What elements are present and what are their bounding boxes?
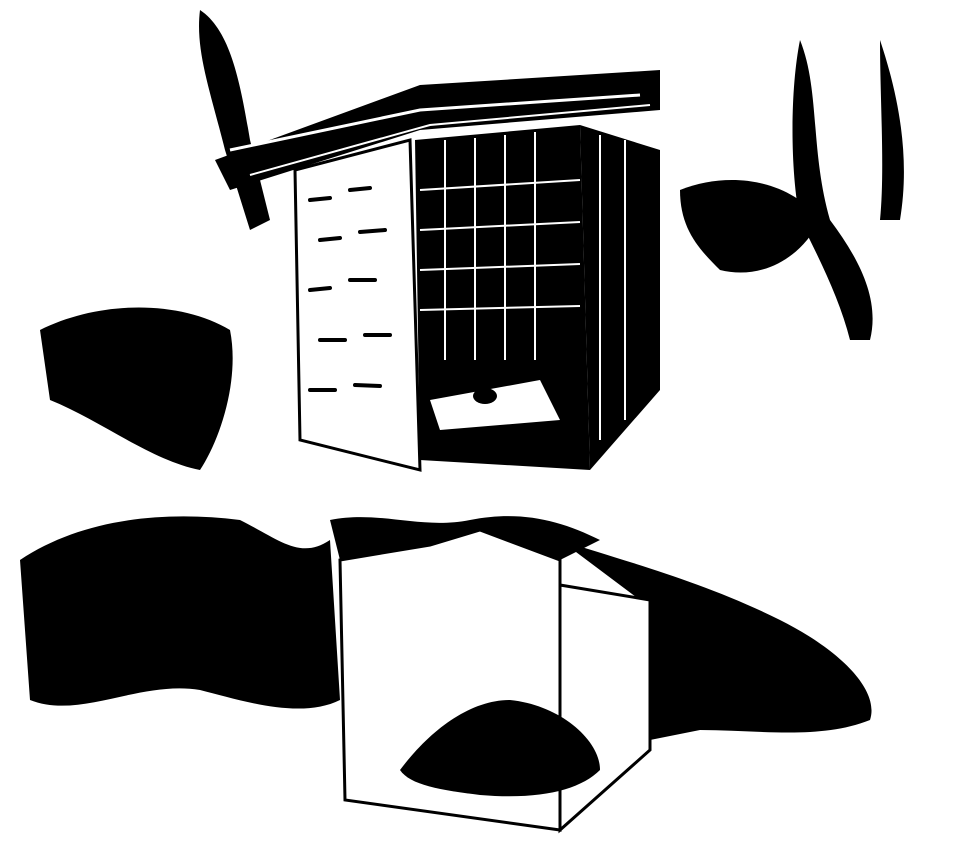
latrine-illustration — [0, 0, 960, 861]
illustration-canvas — [0, 0, 960, 861]
brick-wall — [295, 140, 420, 470]
